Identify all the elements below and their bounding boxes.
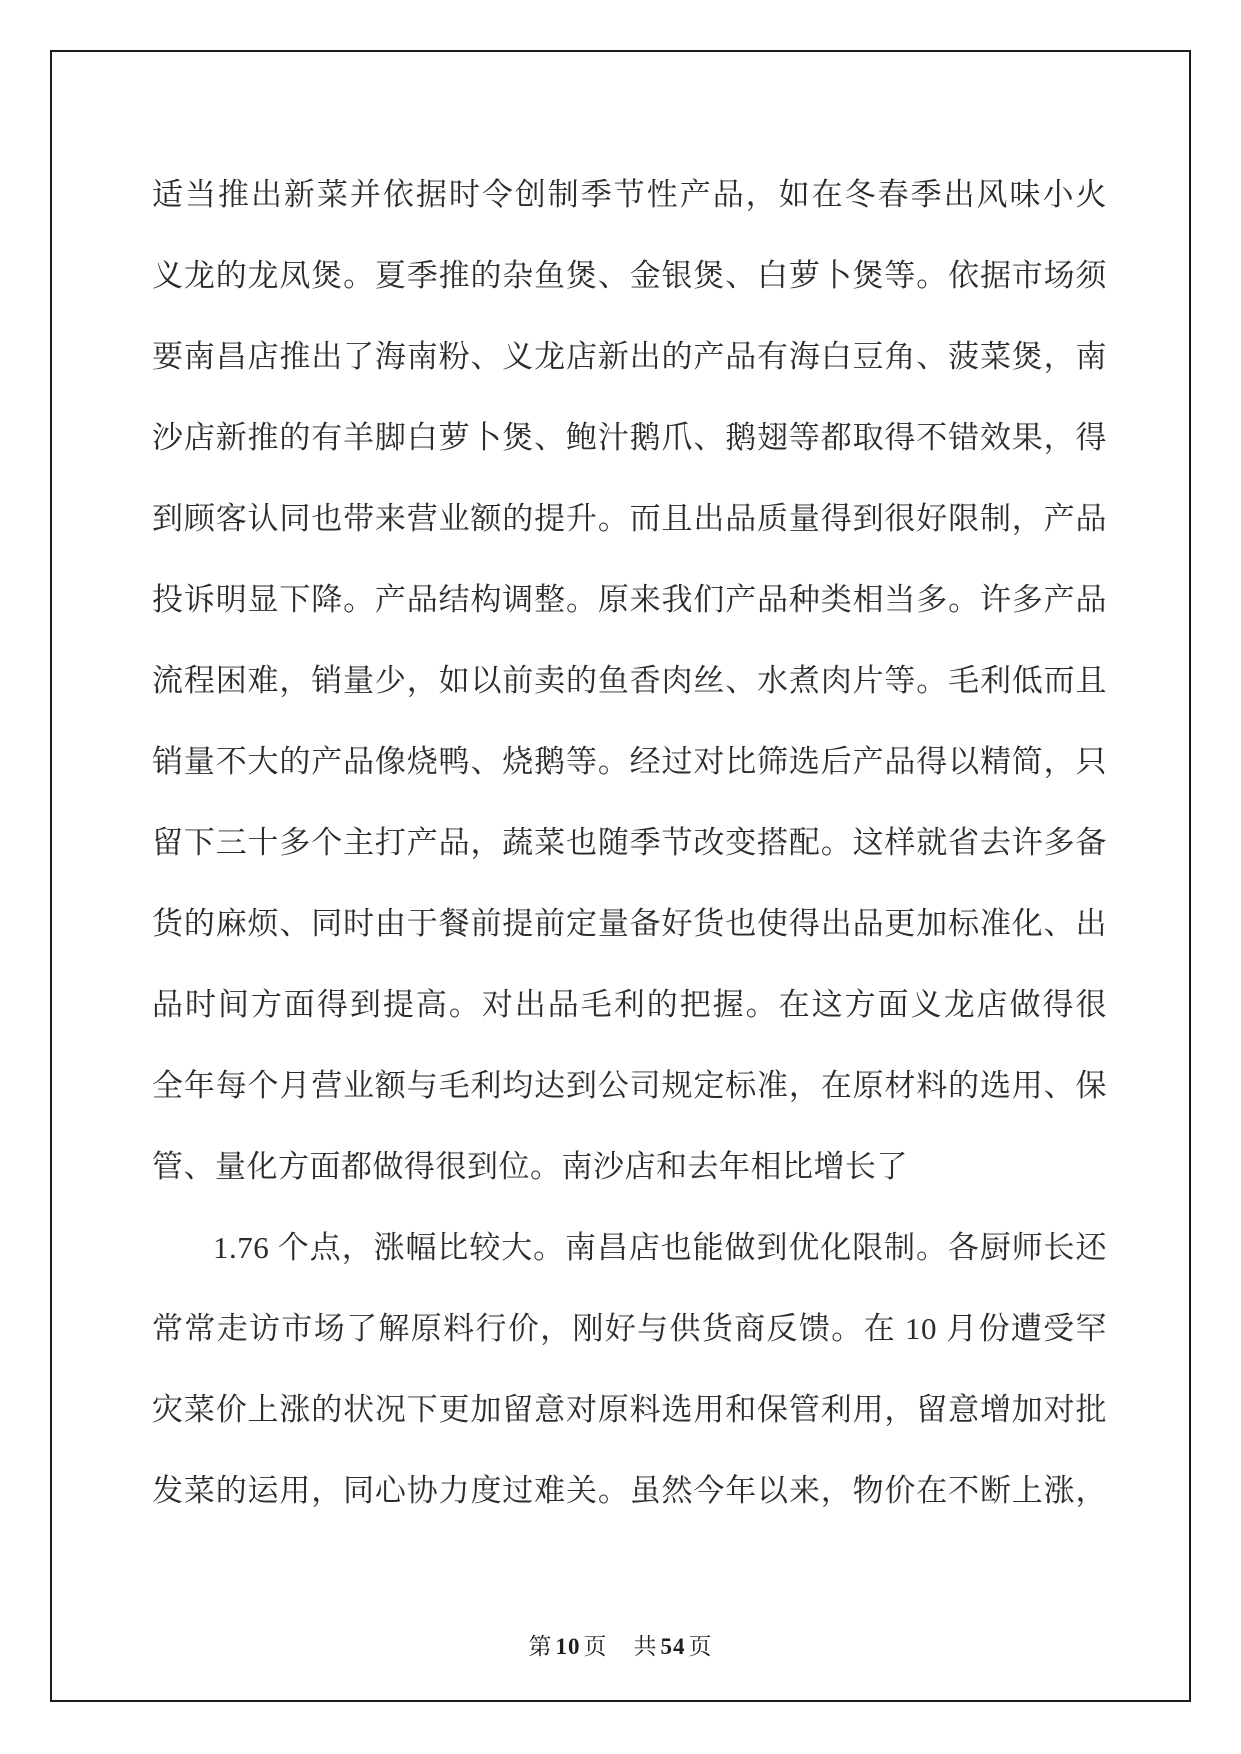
total-pages-indicator: 共54页: [634, 1634, 713, 1659]
text-line: 流程困难，销量少，如以前卖的鱼香肉丝、水煮肉片等。毛利低而且: [152, 640, 1107, 721]
text-line: 到顾客认同也带来营业额的提升。而且出品质量得到很好限制，产品: [152, 478, 1107, 559]
text-line-paragraph-end: 管、量化方面都做得很到位。南沙店和去年相比增长了: [152, 1126, 1107, 1207]
current-page-number: 10: [553, 1634, 584, 1659]
total-pages-number: 54: [658, 1634, 689, 1659]
text-line: 销量不大的产品像烧鸭、烧鹅等。经过对比筛选后产品得以精简，只: [152, 721, 1107, 802]
text-line-paragraph-start: 1.76 个点，涨幅比较大。南昌店也能做到优化限制。各厨师长还: [152, 1207, 1107, 1288]
text-line: 适当推出新菜并依据时令创制季节性产品，如在冬春季出风味小火锅，: [152, 154, 1107, 235]
text-line: 义龙的龙凤煲。夏季推的杂鱼煲、金银煲、白萝卜煲等。依据市场须: [152, 235, 1107, 316]
text-line: 要南昌店推出了海南粉、义龙店新出的产品有海白豆角、菠菜煲，南: [152, 316, 1107, 397]
page-footer: 第10页共54页: [52, 1628, 1189, 1661]
text-line: 全年每个月营业额与毛利均达到公司规定标准，在原材料的选用、保: [152, 1045, 1107, 1126]
text-line: 发菜的运用，同心协力度过难关。虽然今年以来，物价在不断上涨，: [152, 1450, 1107, 1531]
text-line: 留下三十多个主打产品，蔬菜也随季节改变搭配。这样就省去许多备: [152, 802, 1107, 883]
text-line: 品时间方面得到提高。对出品毛利的把握。在这方面义龙店做得很好。: [152, 964, 1107, 1045]
total-pages-suffix: 页: [689, 1634, 713, 1659]
text-line: 投诉明显下降。产品结构调整。原来我们产品种类相当多。许多产品: [152, 559, 1107, 640]
current-page-prefix: 第: [529, 1634, 553, 1659]
current-page-suffix: 页: [584, 1634, 608, 1659]
text-line: 常常走访市场了解原料行价，刚好与供货商反馈。在 10 月份遭受罕水: [152, 1288, 1107, 1369]
text-line: 货的麻烦、同时由于餐前提前定量备好货也使得出品更加标准化、出: [152, 883, 1107, 964]
text-line: 沙店新推的有羊脚白萝卜煲、鲍汁鹅爪、鹅翅等都取得不错效果，得: [152, 397, 1107, 478]
current-page-indicator: 第10页: [529, 1634, 608, 1659]
text-line: 灾菜价上涨的状况下更加留意对原料选用和保管利用，留意增加对批: [152, 1369, 1107, 1450]
page-border-frame: 适当推出新菜并依据时令创制季节性产品，如在冬春季出风味小火锅， 义龙的龙凤煲。夏…: [50, 50, 1191, 1702]
document-page: 适当推出新菜并依据时令创制季节性产品，如在冬春季出风味小火锅， 义龙的龙凤煲。夏…: [0, 0, 1241, 1754]
body-text: 适当推出新菜并依据时令创制季节性产品，如在冬春季出风味小火锅， 义龙的龙凤煲。夏…: [152, 154, 1107, 1531]
total-pages-prefix: 共: [634, 1634, 658, 1659]
